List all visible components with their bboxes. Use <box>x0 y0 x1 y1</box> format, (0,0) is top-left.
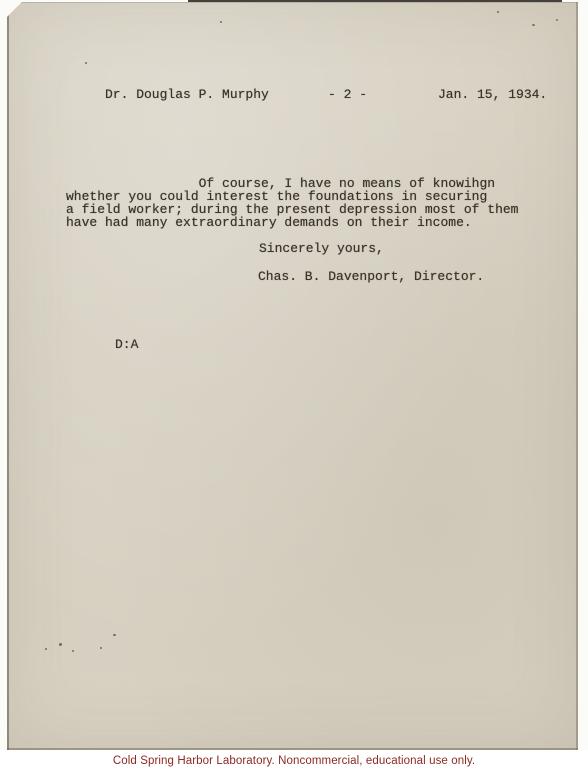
scanned-letter-page: Dr. Douglas P. Murphy - 2 - Jan. 15, 193… <box>0 0 588 771</box>
paper-speck <box>497 11 499 13</box>
signature-line: Chas. B. Davenport, Director. <box>258 270 484 283</box>
scan-edge-artifact <box>188 0 562 2</box>
body-paragraph: Of course, I have no means of knowihgn w… <box>66 177 518 229</box>
archive-caption-bar: Cold Spring Harbor Laboratory. Noncommer… <box>0 750 588 771</box>
paper-speck <box>100 647 102 649</box>
paper-speck <box>220 21 222 23</box>
paper-speck <box>113 634 116 636</box>
paper-speck <box>72 650 74 652</box>
header-recipient: Dr. Douglas P. Murphy <box>105 88 269 101</box>
archive-caption-text: Cold Spring Harbor Laboratory. Noncommer… <box>113 755 475 767</box>
paper-speck <box>59 643 62 646</box>
paper-speck <box>556 19 558 21</box>
header-page-number: - 2 - <box>328 88 367 101</box>
header-date: Jan. 15, 1934. <box>438 88 547 101</box>
paper-speck <box>532 24 535 26</box>
closing-line: Sincerely yours, <box>259 242 384 255</box>
paper-speck <box>45 648 47 650</box>
typist-initials: D:A <box>115 338 138 351</box>
paper-speck <box>85 62 87 64</box>
letter-paper: Dr. Douglas P. Murphy - 2 - Jan. 15, 193… <box>7 2 578 750</box>
